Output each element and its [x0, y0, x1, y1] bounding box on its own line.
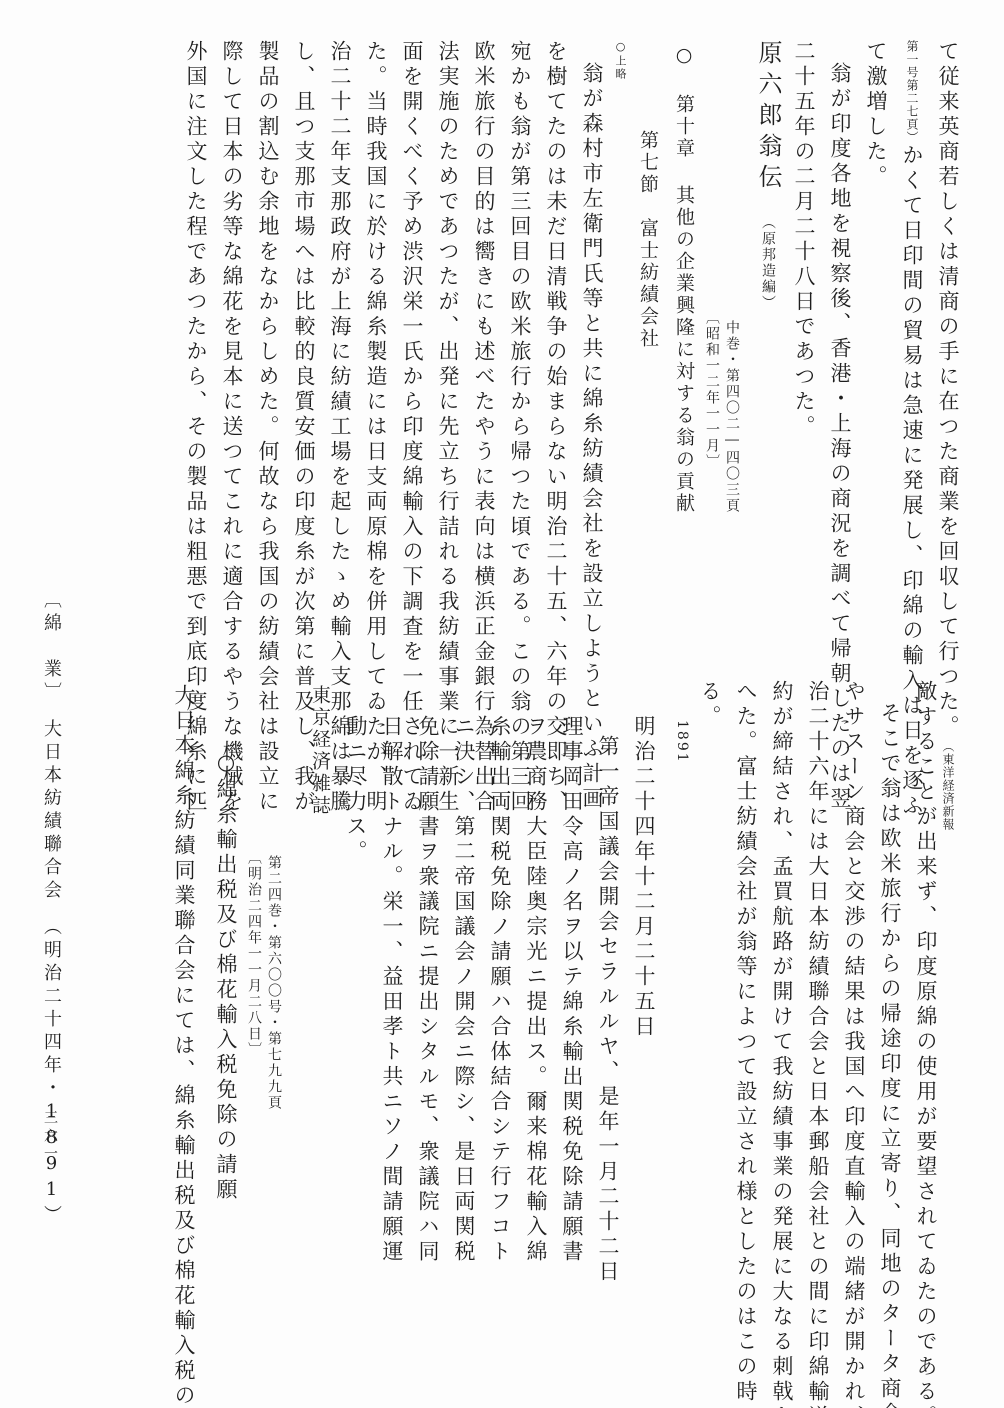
- entry-line: ヲ農商務大臣陸奥宗光ニ提出ス。爾来棉花輸入綿: [518, 680, 554, 1300]
- omitted-mark: ○上略: [610, 40, 630, 660]
- document-page: て従来英商若しくは清商の手に在つた商業を回収して行つた。（東洋経済新報 第一号第…: [0, 0, 1004, 1408]
- entry-line: 動ニ尽力ス。: [338, 680, 374, 1300]
- text-line: て激増した。: [858, 40, 894, 660]
- text-line: へた。富士紡績会社が翁等によつて設立され様としたのはこの時であ: [728, 680, 764, 1300]
- text-line: 宛かも翁が第三回目の欧米旅行から帰つた頃である。この翁の第三回: [502, 40, 538, 660]
- article-editor: （原邦造編）: [760, 195, 776, 311]
- text-line: 二十五年の二月二十八日であつた。: [786, 40, 822, 660]
- text-line: た。当時我国に於ける綿糸製造には日支両原棉を併用してゐたが、明: [358, 40, 394, 660]
- entry-line: 免除請願書ヲ衆議院ニ提出シタルモ、衆議院ハ同: [410, 680, 446, 1300]
- text-line: を樹てたのは未だ日清戦争の始まらない明治二十五、六年の交即ち、: [538, 40, 574, 660]
- text-line: 製品の割込む余地をなからしめた。何故なら我国の紡績会社は設立に: [250, 40, 286, 660]
- text-line: 面を開くべく予め渋沢栄一氏から印度綿輸入の下調査を一任されてゐ: [394, 40, 430, 660]
- article-title: 原六郎翁伝（原邦造編）: [750, 40, 786, 660]
- date-heading: 明治二十四年十二月二十五日: [626, 680, 662, 1300]
- entry-line: ニ決シ、第二帝国議会ノ開会ニ際シ、是日両関税: [446, 680, 482, 1300]
- page-number: 三六一: [40, 1110, 60, 1164]
- text-line: 大日本綿糸紡績同業聯合会にては、綿糸輸出税及び棉花輸入税の免除: [166, 680, 202, 1300]
- citation-issue: 第一号第二七頁）: [905, 40, 918, 144]
- text-line: 敵することが出来ず、印度原綿の使用が要望されてゐたのである。: [908, 680, 944, 1300]
- top-band: て従来英商若しくは清商の手に在つた商業を回収して行つた。（東洋経済新報 第一号第…: [178, 40, 966, 660]
- text-line: 際して日本の劣等な綿花を見本に送つてこれに適合するやうな機械を: [214, 40, 250, 660]
- entry-line: 日解散トナル。栄一、益田孝ト共ニソノ間請願運: [374, 680, 410, 1300]
- text-line: 欧米旅行の目的は嚮きにも述べたやうに表向は横浜正金銀行為替出合: [466, 40, 502, 660]
- entry-line: 理事岡田令高ノ名ヲ以テ綿糸輸出関税免除請願書: [554, 680, 590, 1300]
- source-ref-line2: 〔明治二四年一一月二八日〕: [244, 680, 264, 1300]
- text-line: 第一号第二七頁）かくて日印間の貿易は急速に発展し、印綿の輸入は日を逐ふ: [894, 40, 930, 660]
- entry-line: 糸輸出両関税免除ノ請願ハ合体結合シテ行フコト: [482, 680, 518, 1300]
- section-heading: 第七節 富士紡績会社: [630, 40, 666, 660]
- text-line: し、且つ支那市場へは比較的良質安価の印度糸が次第に普及し、我が: [286, 40, 322, 660]
- text-line: 法実施のためであつたが、出発に先立ち行詰れる我紡績事業に一新生: [430, 40, 466, 660]
- text-line: る。: [692, 680, 728, 1300]
- chapter-heading: ○ 第十章 其他の企業興隆に対する翁の貢献: [666, 40, 702, 660]
- text-line: 翁が森村市左衛門氏等と共に綿糸紡績会社を設立しようといふ計画: [574, 40, 610, 660]
- text-line: 約が締結され、孟買航路が開けて我紡績事業の発展に大なる刺戟を与: [764, 680, 800, 1300]
- article-title-text: 原六郎翁伝: [754, 40, 782, 195]
- text-line: 治二十二年支那政府が上海に紡績工場を起したゝめ輸入支那綿は暴騰: [322, 40, 358, 660]
- text-line: て従来英商若しくは清商の手に在つた商業を回収して行つた。（東洋経済新報: [930, 40, 966, 660]
- source-ref-line1: 第二四巻・第六〇〇号・第七九九頁: [264, 680, 284, 1300]
- year-marker: 1891: [672, 680, 692, 1300]
- article-source-line2: 〔昭和一二年一一月〕: [702, 40, 722, 660]
- text-line: 治二十六年には大日本紡績聯合会と日本郵船会社との間に印綿輸送契: [800, 680, 836, 1300]
- bottom-band: 敵することが出来ず、印度原綿の使用が要望されてゐたのである。 そこで翁は欧米旅行…: [166, 680, 944, 1300]
- text-line-content: て従来英商若しくは清商の手に在つた商業を回収して行つた。: [936, 40, 960, 740]
- article-source-line1: 中巻・第四〇二―四〇三頁: [722, 40, 742, 660]
- text-line: やサスーン商会と交渉の結果は我国へ印度直輸入の端緒が開かれ、明: [836, 680, 872, 1300]
- entry-line: 第一帝国議会開会セラルルヤ、是年一月二十二日: [590, 680, 626, 1300]
- subheading: ○綿糸輸出税及び棉花輸入税免除の請願: [208, 680, 244, 1300]
- text-line: そこで翁は欧米旅行からの帰途印度に立寄り、同地のタータ商会: [872, 680, 908, 1300]
- text-line: 外国に注文した程であつたから、その製品は粗悪で到底印度綿糸に匹: [178, 40, 214, 660]
- source-title: 東京経済雑誌: [302, 680, 338, 1300]
- text-line: 翁が印度各地を視察後、香港・上海の商況を調べて帰朝したのは翌: [822, 40, 858, 660]
